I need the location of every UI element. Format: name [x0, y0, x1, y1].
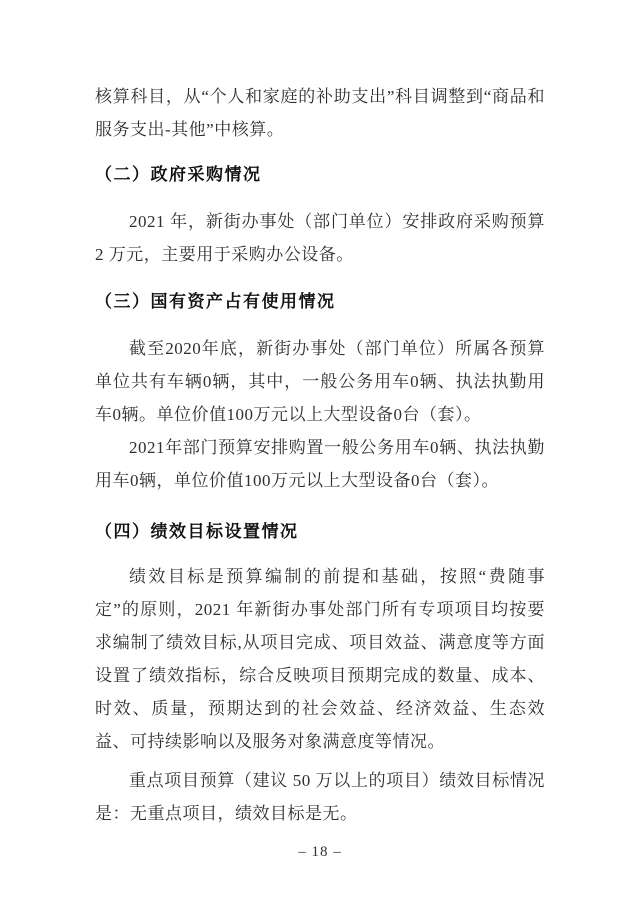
paragraph: 重点项目预算（建议 50 万以上的项目）绩效目标情况是：无重点项目，绩效目标是无…: [95, 764, 545, 830]
paragraph: 2021年部门预算安排购置一般公务用车0辆、执法执勤用车0辆，单位价值100万元…: [95, 431, 545, 497]
paragraph: 2021 年，新街办事处（部门单位）安排政府采购预算 2 万元，主要用于采购办公…: [95, 205, 545, 271]
paragraph: 截至2020年底，新街办事处（部门单位）所属各预算单位共有车辆0辆，其中，一般公…: [95, 332, 545, 431]
section-heading-performance-targets: （四）绩效目标设置情况: [95, 515, 545, 548]
paragraph-continued: 核算科目，从“个人和家庭的补助支出”科目调整到“商品和服务支出-其他”中核算。: [95, 80, 545, 146]
section-heading-government-procurement: （二）政府采购情况: [95, 158, 545, 191]
page-number: – 18 –: [95, 840, 545, 864]
paragraph: 绩效目标是预算编制的前提和基础，按照“费随事定”的原则，2021 年新街办事处部…: [95, 560, 545, 758]
section-heading-state-assets: （三）国有资产占有使用情况: [95, 285, 545, 318]
document-page: 核算科目，从“个人和家庭的补助支出”科目调整到“商品和服务支出-其他”中核算。 …: [0, 0, 640, 905]
